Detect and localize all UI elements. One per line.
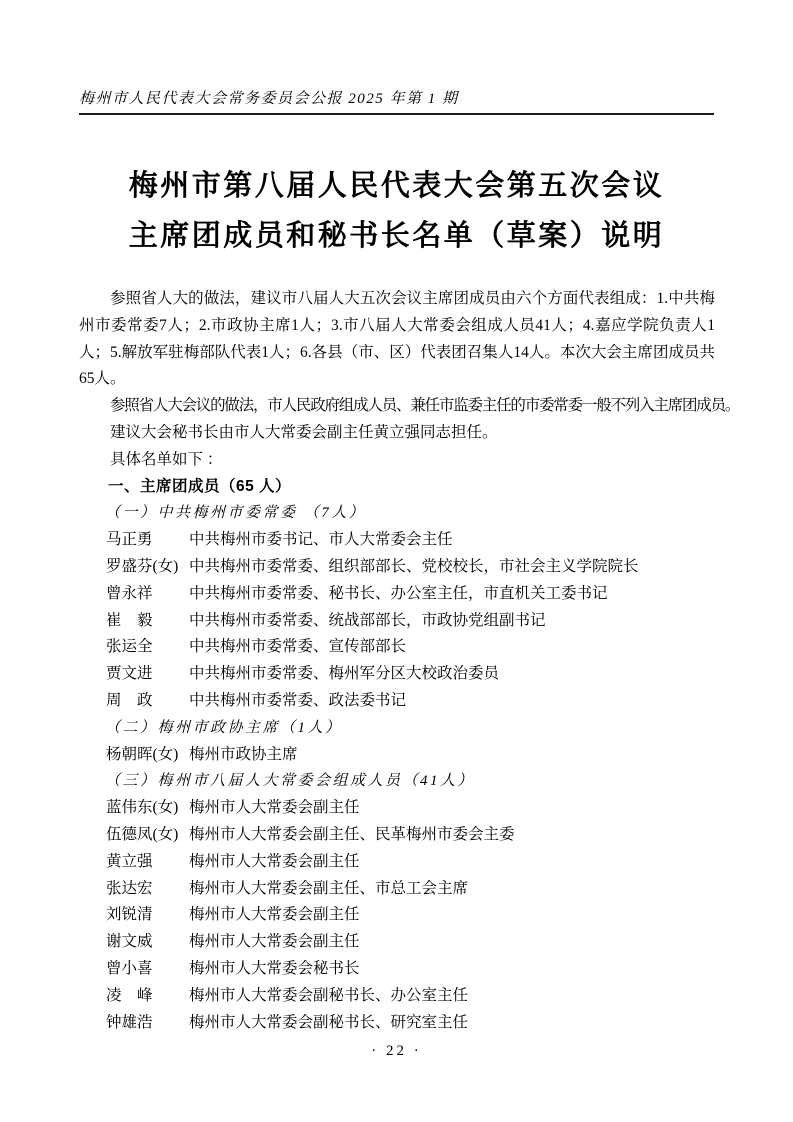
- member-title: 梅州市人大常委会副秘书长、办公室主任: [189, 983, 715, 1010]
- page-number: · 22 ·: [0, 1043, 793, 1060]
- bulletin-running-header: 梅州市人民代表大会常务委员会公报 2025 年第 1 期: [79, 90, 714, 115]
- member-title: 梅州市人大常委会副主任: [189, 849, 715, 876]
- member-title: 中共梅州市委常委、政法委书记: [189, 688, 715, 715]
- section-heading-presidium: 一、主席团成员（65 人）: [79, 474, 715, 501]
- member-name: 钟雄浩: [106, 1010, 189, 1037]
- document-page: 梅州市人民代表大会常务委员会公报 2025 年第 1 期 梅州市第八届人民代表大…: [0, 0, 793, 1122]
- member-name: 刘锐清: [106, 902, 189, 929]
- member-title: 梅州市人大常委会副主任、市总工会主席: [189, 876, 715, 903]
- group-heading-standing-committee-members: （三）梅州市八届人大常委会组成人员（41人）: [79, 768, 715, 795]
- member-title: 梅州市人大常委会副秘书长、研究室主任: [189, 1010, 715, 1037]
- member-row: 曾永祥 中共梅州市委常委、秘书长、办公室主任，市直机关工委书记: [79, 581, 715, 608]
- member-row: 杨朝晖(女) 梅州市政协主席: [79, 742, 715, 769]
- member-title: 中共梅州市委常委、宣传部部长: [189, 634, 715, 661]
- group-heading-cppcc-chairman: （二）梅州市政协主席（1人）: [79, 715, 715, 742]
- member-row: 蓝伟东(女) 梅州市人大常委会副主任: [79, 795, 715, 822]
- member-row: 谢文威 梅州市人大常委会副主任: [79, 929, 715, 956]
- member-row: 罗盛芬(女) 中共梅州市委常委、组织部部长、党校校长，市社会主义学院院长: [79, 554, 715, 581]
- member-name: 凌 峰: [106, 983, 189, 1010]
- member-title: 中共梅州市委常委、组织部部长、党校校长，市社会主义学院院长: [189, 554, 715, 581]
- member-title: 梅州市政协主席: [189, 742, 715, 769]
- member-name: 贾文进: [106, 661, 189, 688]
- member-name: 蓝伟东(女): [106, 795, 189, 822]
- member-name: 曾小喜: [106, 956, 189, 983]
- member-row: 黄立强 梅州市人大常委会副主任: [79, 849, 715, 876]
- member-row: 凌 峰 梅州市人大常委会副秘书长、办公室主任: [79, 983, 715, 1010]
- document-body: 参照省人大的做法，建议市八届人大五次会议主席团成员由六个方面代表组成：1.中共梅…: [79, 286, 715, 1036]
- member-title: 梅州市人大常委会副主任: [189, 902, 715, 929]
- member-title: 中共梅州市委常委、秘书长、办公室主任，市直机关工委书记: [189, 581, 715, 608]
- member-title: 中共梅州市委书记、市人大常委会主任: [189, 527, 715, 554]
- member-name: 伍德凤(女): [106, 822, 189, 849]
- member-row: 周 政 中共梅州市委常委、政法委书记: [79, 688, 715, 715]
- member-name: 黄立强: [106, 849, 189, 876]
- member-row: 张运全 中共梅州市委常委、宣传部部长: [79, 634, 715, 661]
- member-title: 梅州市人大常委会副主任: [189, 795, 715, 822]
- document-title-line2: 主席团成员和秘书长名单（草案）说明: [79, 211, 714, 261]
- paragraph-secretary-general: 建议大会秘书长由市人大常委会副主任黄立强同志担任。: [79, 420, 715, 447]
- member-row: 伍德凤(女) 梅州市人大常委会副主任、民革梅州市委会主委: [79, 822, 715, 849]
- document-title: 梅州市第八届人民代表大会第五次会议 主席团成员和秘书长名单（草案）说明: [79, 161, 714, 261]
- member-name: 罗盛芬(女): [106, 554, 189, 581]
- member-row: 张达宏 梅州市人大常委会副主任、市总工会主席: [79, 876, 715, 903]
- member-row: 曾小喜 梅州市人大常委会秘书长: [79, 956, 715, 983]
- bulletin-header-text: 梅州市人民代表大会常务委员会公报 2025 年第 1 期: [79, 91, 459, 107]
- group-heading-party-standing-committee: （一）中共梅州市委常委 （7人）: [79, 500, 715, 527]
- member-name: 崔 毅: [106, 608, 189, 635]
- member-name: 谢文威: [106, 929, 189, 956]
- member-title: 梅州市人大常委会副主任: [189, 929, 715, 956]
- member-title: 中共梅州市委常委、梅州军分区大校政治委员: [189, 661, 715, 688]
- member-row: 马正勇 中共梅州市委书记、市人大常委会主任: [79, 527, 715, 554]
- paragraph-composition: 参照省人大的做法，建议市八届人大五次会议主席团成员由六个方面代表组成：1.中共梅…: [79, 286, 715, 393]
- member-row: 刘锐清 梅州市人大常委会副主任: [79, 902, 715, 929]
- document-title-line1: 梅州市第八届人民代表大会第五次会议: [79, 161, 714, 211]
- member-title: 梅州市人大常委会副主任、民革梅州市委会主委: [189, 822, 715, 849]
- member-row: 贾文进 中共梅州市委常委、梅州军分区大校政治委员: [79, 661, 715, 688]
- paragraph-exclusion: 参照省人大会议的做法，市人民政府组成人员、兼任市监委主任的市委常委一般不列入主席…: [79, 393, 715, 420]
- member-name: 张运全: [106, 634, 189, 661]
- member-row: 钟雄浩 梅州市人大常委会副秘书长、研究室主任: [79, 1010, 715, 1037]
- member-name: 杨朝晖(女): [106, 742, 189, 769]
- member-name: 曾永祥: [106, 581, 189, 608]
- member-title: 梅州市人大常委会秘书长: [189, 956, 715, 983]
- member-name: 马正勇: [106, 527, 189, 554]
- paragraph-list-intro: 具体名单如下 ：: [79, 447, 715, 474]
- member-title: 中共梅州市委常委、统战部部长，市政协党组副书记: [189, 608, 715, 635]
- member-row: 崔 毅 中共梅州市委常委、统战部部长，市政协党组副书记: [79, 608, 715, 635]
- member-name: 张达宏: [106, 876, 189, 903]
- member-name: 周 政: [106, 688, 189, 715]
